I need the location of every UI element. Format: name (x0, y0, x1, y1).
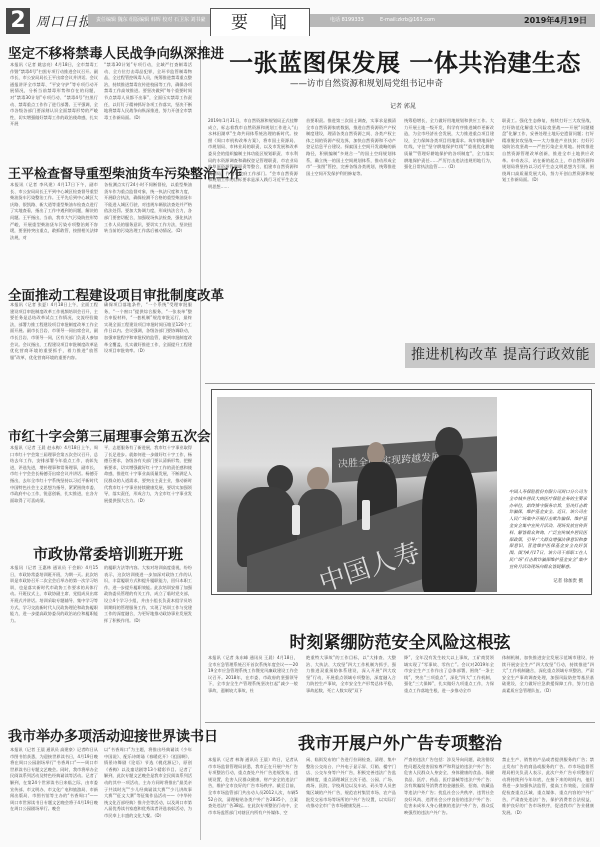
article-body: 本报讯（记者 李风建）4月17日下午，副市长、市公安局局长王平到中心城区检查督导… (10, 182, 98, 265)
section-title: 要闻 (210, 8, 310, 36)
photo-caption: 中国人寿保险股份有限公司周口分公司为全市城乡居民大病医疗保险业务的主要承办单位，… (509, 490, 587, 572)
editor-info-bar: 责任编辑 魏东 组版编辑 韩辉 校对 石卫东 刘书豪 (88, 14, 210, 27)
article-headline: 全面推动工程建设项目审批制度改革 (8, 284, 224, 304)
news-photo: 决胜全面 实现跨越发展 中国人寿 (217, 397, 497, 592)
feature-column: 统筹稳增长，全力做好用地规划和供应工作。大力开展土地一级开发，科学有序推进城市更… (404, 118, 494, 340)
article-body: 各检测点实行24小时不间断督检，以重型柴油货车作为重点监督对象，统一执法尺度和力… (104, 182, 192, 265)
photo-credit: 记者 徐加贵 摄 (553, 578, 583, 584)
date-text: 2019年4月19日 (524, 14, 587, 27)
water-bottle (362, 500, 370, 530)
reform-banner: 推进机构改革 提高行政效能 (405, 343, 595, 368)
article-body: 本报讯（记者 王惠林 通讯员 于会娟）4月15日，市政协常委培训班开班，为期一天… (10, 565, 98, 697)
article-body: 以“书香周口”为主题，将推出经典诵读《少年中国说》、配乐诗朗诵《春暖花开》《祖国… (104, 747, 192, 843)
feature-subtitle: ——访市自然资源和规划局党组书记申奇 (290, 77, 443, 89)
email-text: E-mail:zkrb@163.com (380, 14, 435, 27)
article-headline: 王平检查督导重型柴油货车污染整治工作 (8, 163, 242, 182)
article-body: 确保项目落地条件，“一个系统”受理审批服务，“一个窗口”提供综合服务，“一张表单… (104, 302, 192, 402)
article-body: 严查的违法广告包括：涉及导向问题，政治错误性问题及侵害国家尊严和利益的违法户外广… (404, 757, 494, 843)
article-body: 本报讯（记者 王晨 赵永梅）4月18日上午，周口市红十字会第三届理事会第五次会议… (10, 445, 98, 528)
article-body: 禁止生产、销售的产品或者提供服务的广告；禁止发布广告的商品或服务的广告。市市场监… (502, 757, 594, 843)
contact-bar: 电话 8199333 E-mail:zkrb@163.com 2019年4月19… (310, 14, 595, 27)
feature-byline: 记者 郭晁 (390, 101, 416, 110)
article-body: 本报讯（记者 朱东峰 通讯员 王晨）4月18日，全市应急管理系统召开首次系统年度… (208, 655, 298, 715)
person-head (307, 467, 329, 491)
article-body: 本报讯（记者 林海 通讯员 王晨）昨日，记者从市市场监督管理局获悉，我市正在开展… (208, 757, 298, 843)
paper-name: 周口日报 (36, 11, 92, 30)
article-body: 降”，全年没有发生较大以上事故，工矿商贸领域实现了“零事故、零伤亡”。会议对20… (404, 655, 494, 715)
article-body: 体制机制，加快推进安全发展示范城市建设，持续开展安全生产“四大攻坚”行动，持续推… (502, 655, 594, 715)
article-headline: 我市举办多项活动迎接世界读书日 (8, 726, 218, 746)
article-headline: 市政协常委培训班开班 (33, 543, 183, 564)
section-divider (205, 722, 595, 723)
article-body: 本报讯（记者 张夏）4月18日上午，全面工程建设项目审批制度改革工作视频培训会召… (10, 302, 98, 402)
article-body: 平，志愿服务有了新进展，我市红十字事业取得了长足进步。就如何进一步做好红十字工作… (104, 445, 192, 528)
photo-box: 决胜全面 实现跨越发展 中国人寿 中国人寿保险股份有限公司周口分公司为全市城乡居… (211, 389, 592, 595)
article-headline: 时刻紧绷防范安全风险这根弦 (200, 628, 600, 653)
article-body: 的履职方法等内容。大家对培训高度重视，纷纷表示，这次培训使进一步加深对政协工作的… (104, 565, 192, 697)
article-headline: 坚定不移将禁毒人民战争向纵深推进 (8, 42, 224, 62)
person-figure (422, 455, 477, 592)
water-bottle (292, 505, 300, 535)
article-body: 本报讯（记者 姚忠亮）4月18日，全市禁毒工作暨“禁毒4号”扫黑专项行动推进会议… (10, 62, 98, 145)
feature-column: 首要职责。推进第三次国土调查，实事求是摸清全市自然资源家底数据，推进自然资源资产… (306, 118, 396, 376)
page-number: 2 (6, 8, 30, 34)
feature-headline: 一张蓝图保发展 一体共治建生态 (220, 43, 590, 78)
article-headline: 我市开展户外广告专项整治 (200, 729, 600, 754)
phone-text: 电话 8199333 (330, 14, 364, 27)
article-body: 绝重特大事故”的工作目标，以“大排查、大整治、大执法、大攻坚”四大工作机制为抓手… (306, 655, 396, 715)
masthead: 2 周口日报 责任编辑 魏东 组版编辑 韩辉 校对 石卫东 刘书豪 要闻 电话 … (0, 0, 600, 40)
person-head (367, 442, 385, 464)
section-divider (205, 383, 595, 384)
article-body: “禁毒30计划”专项行动，全域严打查制毒活动、全方位打击毒品犯罪，全环节监管制毒… (104, 62, 192, 145)
feature-column: 职责工。强化生态修复，持续打好三大攻坚战，打好防范化解重大风险攻坚战——开展“问… (502, 118, 594, 340)
feature-column: 2019年1月31日，市自然资源和规划局正式挂牌成立，标志着我市自然资源和规划工… (208, 118, 298, 376)
article-body: 闲、临街发布的广告进行拉网检查，清理、集中整治公交站台、户外电子显示屏、灯箱、楼… (306, 757, 396, 843)
article-body: 本报讯（记者 王晨 通讯员 高建豪）记者昨日从市图书馆获悉，为迎接世界读书日，4… (10, 747, 98, 843)
